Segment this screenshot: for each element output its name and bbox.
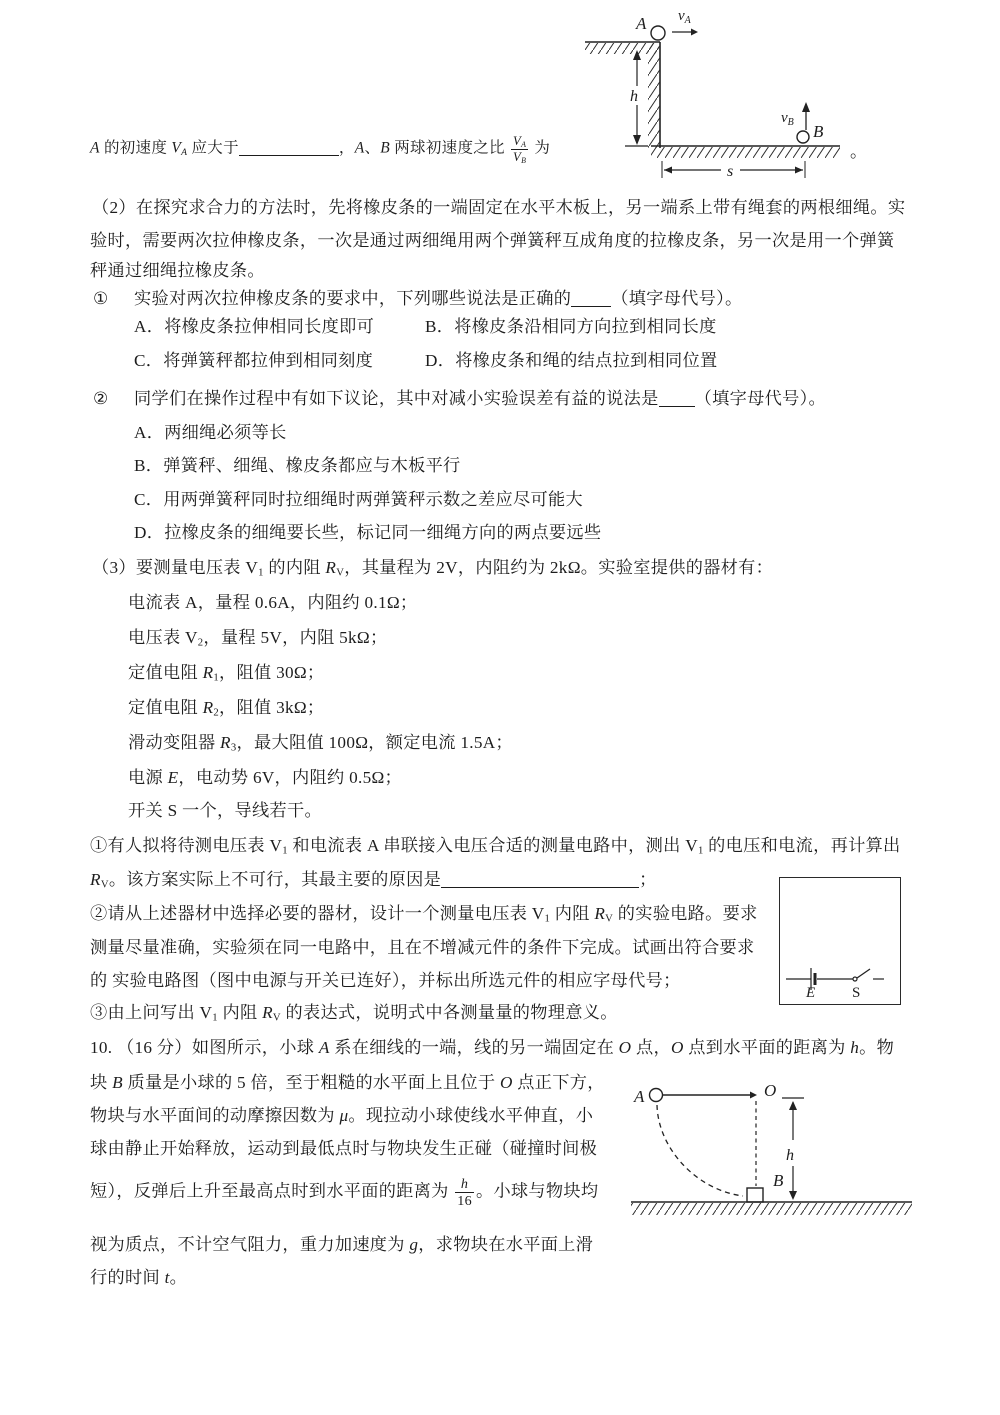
va-label: vA — [678, 8, 692, 26]
h-label: h — [630, 88, 638, 105]
fraction: h16 — [455, 1176, 474, 1209]
pendulum-collision-figure: A O B h — [628, 1078, 918, 1227]
h-down-arrowhead — [633, 135, 641, 145]
equipment-item-voltmeter2: 电压表 V2，量程 5V，内阻 5kΩ； — [128, 626, 388, 650]
fill-in-blank — [659, 396, 695, 407]
exam-page: A vA h B vB — [0, 0, 1000, 1415]
bottom-ground-hatch — [651, 147, 840, 158]
ball-a-label: A — [635, 14, 647, 33]
vb-label: vB — [781, 110, 794, 128]
pendulum-svg: A O B h — [628, 1078, 918, 1222]
h-down-arrowhead2 — [789, 1191, 797, 1200]
cliff-projectile-figure: A vA h B vB — [585, 2, 847, 189]
sub1-option-a: A．将橡皮条拉伸相同长度即可 — [134, 315, 374, 339]
equipment-item-power-source: 电源 E，电动势 6V，内阻约 0.5Ω； — [128, 766, 402, 790]
ball-b — [797, 131, 809, 143]
equipment-item-resistor2: 定值电阻 R2，阻值 3kΩ； — [128, 696, 324, 720]
pivot-o-label: O — [764, 1081, 776, 1100]
circuit-svg: E S — [780, 878, 900, 1004]
part3-intro: （3）要测量电压表 V1 的内阻 RV，其量程为 2V，内阻约为 2kΩ。实验室… — [92, 556, 773, 580]
sub1-option-c: C．将弹簧秤都拉伸到相同刻度 — [134, 349, 373, 373]
s-left-arrowhead — [664, 167, 672, 174]
switch-pivot — [853, 977, 857, 981]
switch-label: S — [852, 985, 860, 1001]
fill-in-blank — [441, 877, 639, 888]
part3-q3-line: ③由上问写出 V1 内阻 RV 的表达式，说明式中各测量量的物理意义。 — [90, 1001, 618, 1025]
cliff-top-hatch — [585, 43, 659, 54]
h-label2: h — [786, 1147, 794, 1164]
sub-question-2-marker: ② — [93, 387, 109, 411]
h-up-arrowhead2 — [789, 1101, 797, 1110]
equipment-item-switch-wires: 开关 S 一个，导线若干。 — [128, 799, 322, 823]
part2-intro-line2: 验时，需要两次拉伸橡皮条，一次是通过两细绳用两个弹簧秤互成角度的拉橡皮条，另一次… — [90, 229, 894, 253]
q10-line4: 球由静止开始释放，运动到最低点时与物块发生正碰（碰撞时间极 — [90, 1137, 597, 1161]
part3-q1-line1: ①有人拟将待测电压表 V1 和电流表 A 串联接入电压合适的测量电路中，测出 V… — [90, 834, 901, 858]
equipment-item-resistor1: 定值电阻 R1，阻值 30Ω； — [128, 661, 324, 685]
circuit-answer-box: E S — [779, 877, 901, 1005]
sub2-option-d: D．拉橡皮条的细绳要长些，标记同一细绳方向的两点要远些 — [134, 521, 601, 545]
sub2-option-b: B．弹簧秤、细绳、橡皮条都应与木板平行 — [134, 454, 461, 478]
sub1-option-b: B．将橡皮条沿相同方向拉到相同长度 — [425, 315, 717, 339]
equipment-item-rheostat: 滑动变阻器 R3，最大阻值 100Ω，额定电流 1.5A； — [128, 731, 513, 755]
block-b — [747, 1188, 763, 1202]
part3-q2-line3: 的 实验电路图（图中电源与开关已连好），并标出所选元件的相应字母代号； — [90, 969, 681, 993]
sentence-period: 。 — [850, 140, 868, 164]
vb-arrowhead — [802, 102, 810, 112]
part3-q2-line2: 测量尽量准确，实验须在同一电路中，且在不增减元件的条件下完成。试画出符合要求 — [90, 936, 755, 960]
sub1-option-d: D．将橡皮条和绳的结点拉到相同位置 — [425, 349, 718, 373]
fraction: VAVB — [511, 134, 528, 164]
fill-in-blank — [239, 145, 339, 156]
sub-question-1-text: 实验对两次拉伸橡皮条的要求中，下列哪些说法是正确的（填字母代号）。 — [134, 287, 743, 311]
sub2-option-a: A．两细绳必须等长 — [134, 421, 287, 445]
q10-line5: 短），反弹后上升至最高点时到水平面的距离为 h16。小球与物块均 — [90, 1176, 598, 1209]
battery-label: E — [805, 985, 815, 1001]
part3-q2-line1: ②请从上述器材中选择必要的器材，设计一个测量电压表 V1 内阻 RV 的实验电路… — [90, 902, 758, 926]
cliff-wall-hatch — [648, 43, 660, 148]
pend-ball-a — [650, 1089, 663, 1102]
va-arrowhead — [691, 29, 698, 36]
q10-line1: 10. （16 分）如图所示，小球 A 系在细线的一端，线的另一端固定在 O 点… — [90, 1036, 894, 1060]
cliff-projectile-svg: A vA h B vB — [585, 2, 847, 184]
sub-question-1-marker: ① — [93, 287, 109, 311]
sub-question-2-text: 同学们在操作过程中有如下议论，其中对减小实验误差有益的说法是（填字母代号）。 — [134, 387, 826, 411]
s-label: s — [727, 163, 733, 180]
fill-blank-velocity-line: A 的初速度 VA 应大于，A、B 两球初速度之比 VAVB 为 — [90, 134, 550, 164]
pend-ground-hatch — [631, 1203, 912, 1215]
ball-a — [651, 26, 665, 40]
sub2-option-c: C．用两弹簧秤同时拉细绳时两弹簧秤示数之差应尽可能大 — [134, 488, 583, 512]
q10-line6: 视为质点，不计空气阻力，重力加速度为 g，求物块在水平面上滑 — [90, 1233, 593, 1257]
pend-ball-a-label: A — [633, 1087, 645, 1106]
part2-intro-line3: 秤通过细绳拉橡皮条。 — [90, 259, 265, 283]
swing-arc-dashed — [657, 1105, 743, 1196]
s-right-arrowhead — [795, 167, 803, 174]
q10-line2: 块 B 质量是小球的 5 倍，至于粗糙的水平面上且位于 O 点正下方， — [90, 1071, 605, 1095]
fill-in-blank — [571, 296, 611, 307]
q10-line7: 行的时间 t。 — [90, 1266, 187, 1290]
ball-b-label: B — [813, 122, 824, 141]
part2-intro-line1: （2）在探究求合力的方法时，先将橡皮条的一端固定在水平木板上，另一端系上带有绳套… — [92, 196, 905, 220]
q10-line3: 物块与水平面间的动摩擦因数为 μ。现拉动小球使线水平伸直，小 — [90, 1104, 593, 1128]
switch-lever — [857, 969, 870, 978]
part3-q1-line2: RV。该方案实际上不可行，其最主要的原因是； — [90, 868, 657, 892]
equipment-item-ammeter: 电流表 A，量程 0.6A，内阻约 0.1Ω； — [128, 591, 417, 615]
block-b-label: B — [773, 1171, 784, 1190]
string-end-dot — [750, 1092, 757, 1099]
